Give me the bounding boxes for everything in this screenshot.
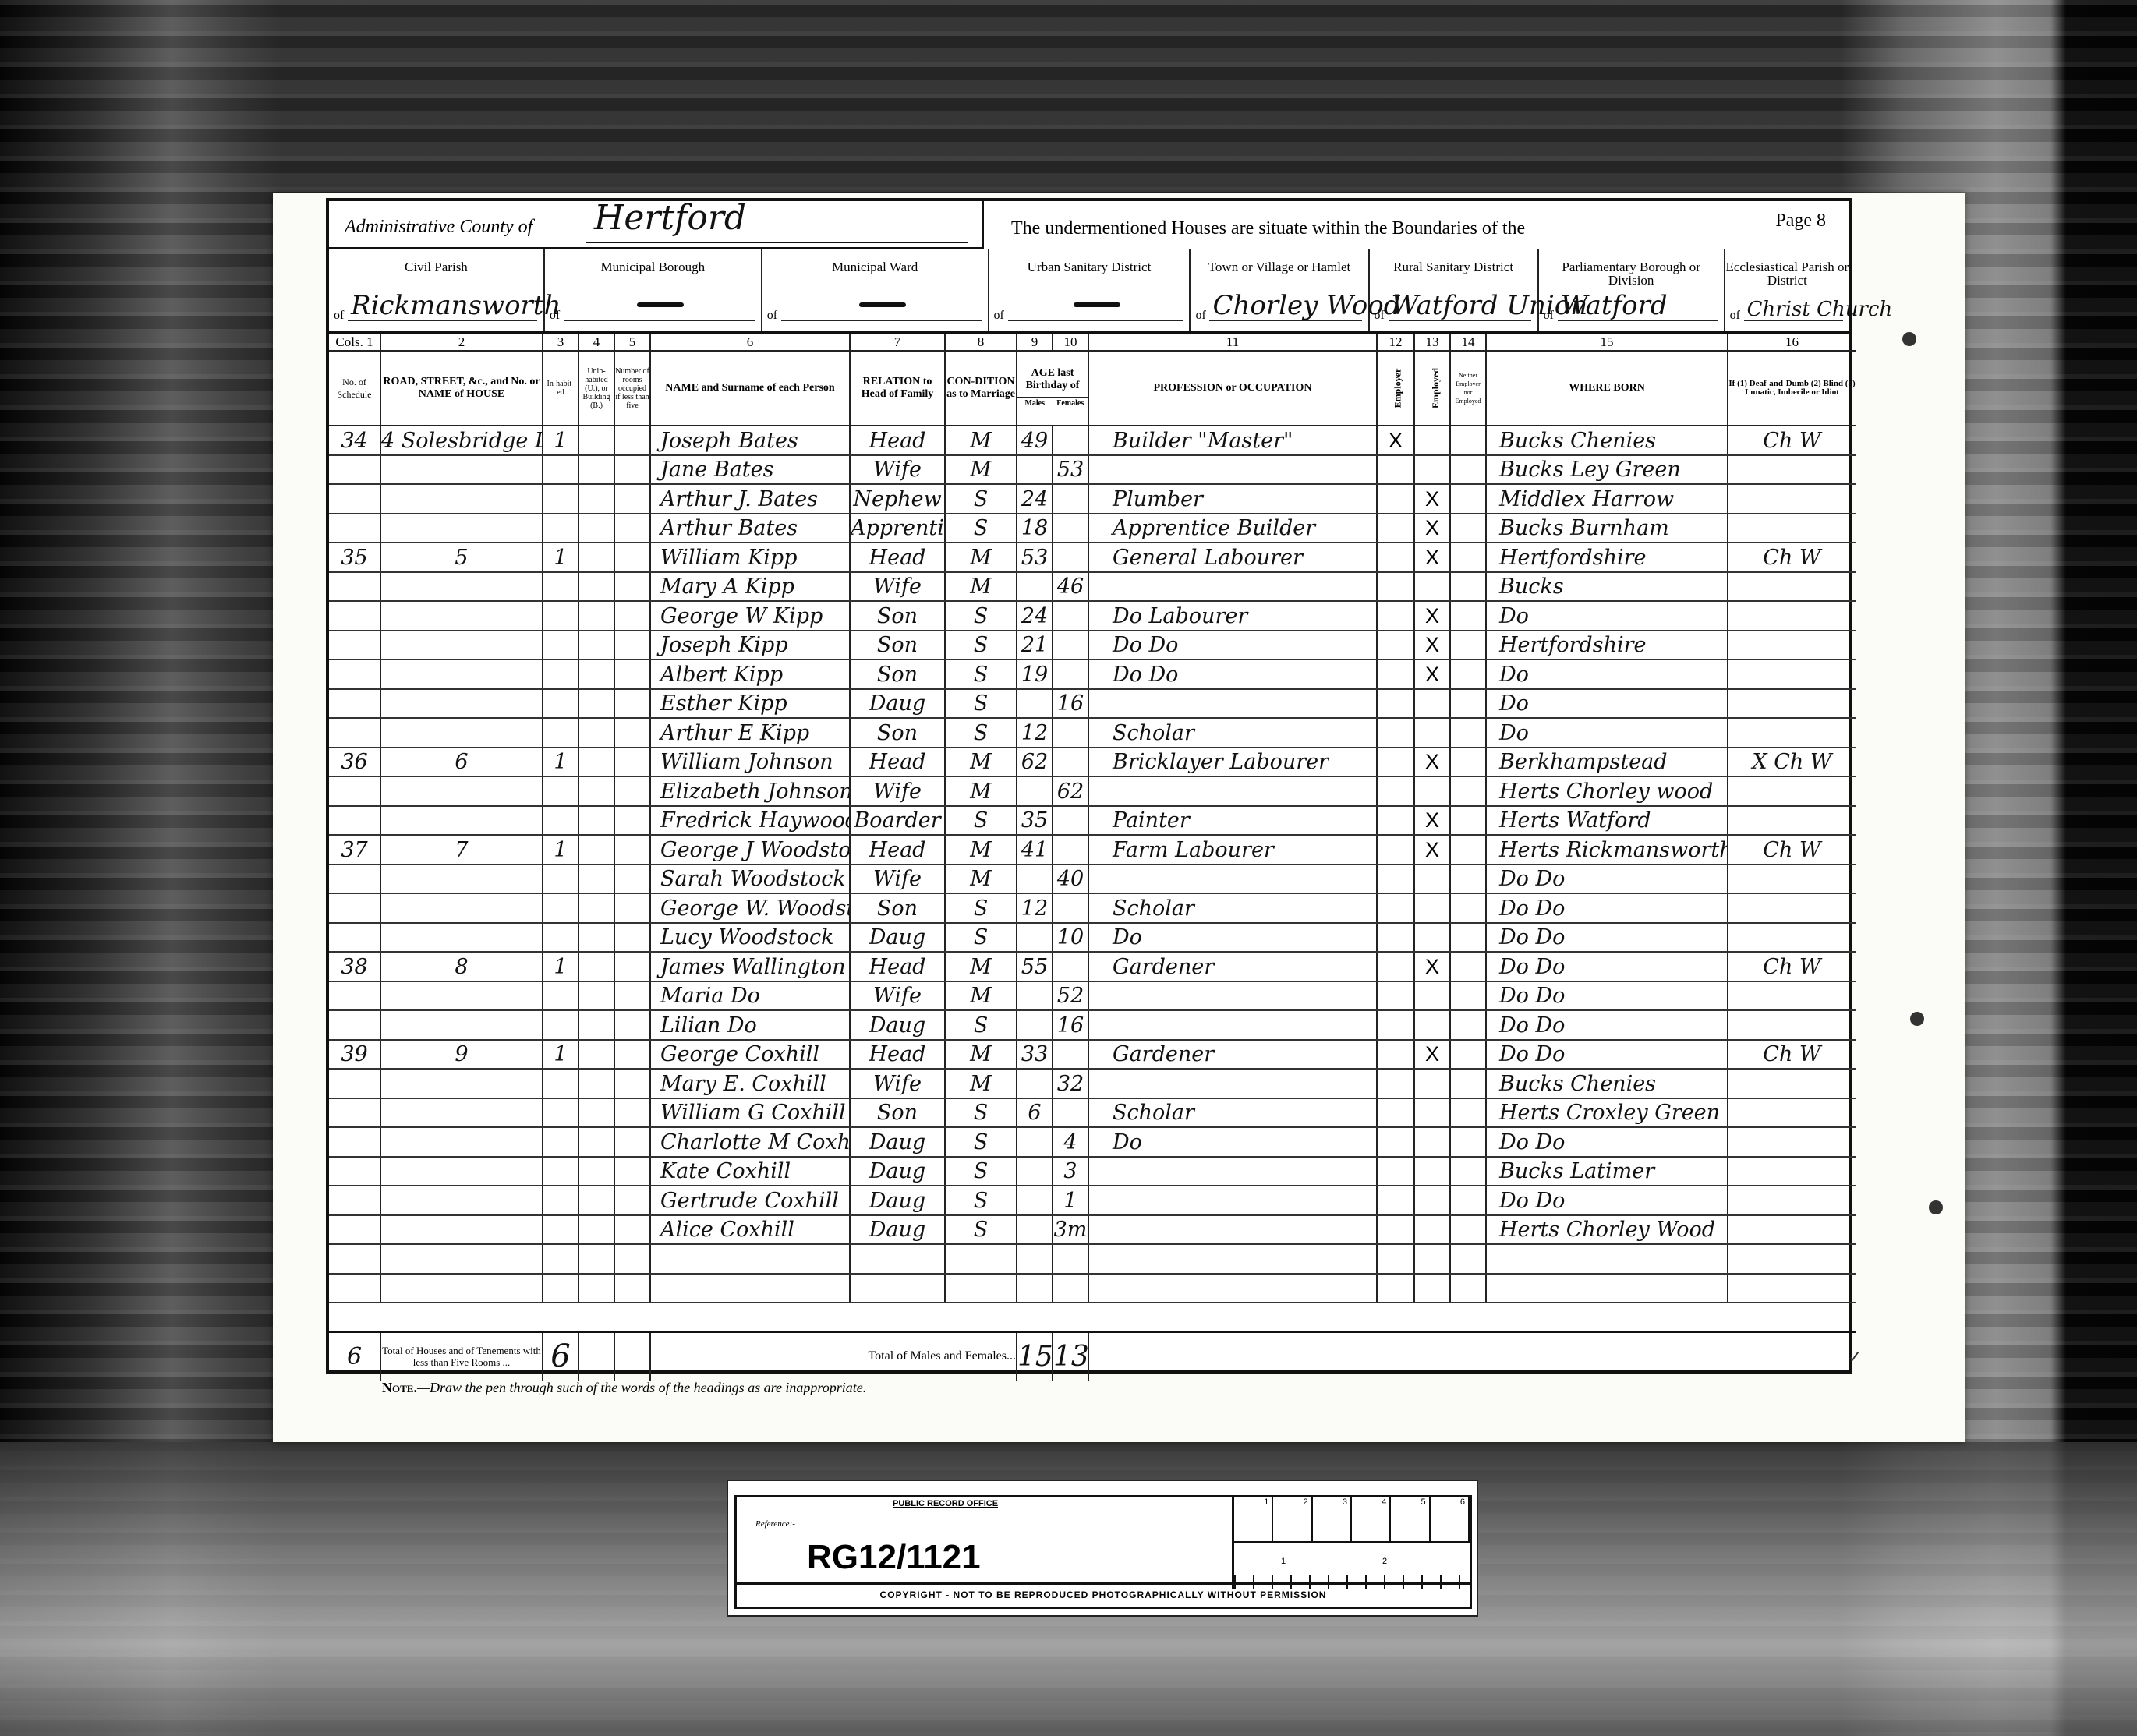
relation: Head — [850, 1040, 945, 1070]
relation: Head — [850, 748, 945, 777]
road-address: 4 Solesbridge Lane — [380, 426, 543, 455]
area-label: Town or Village or Hamlet — [1191, 249, 1367, 274]
uninhabited — [578, 426, 614, 455]
inhabited — [543, 981, 578, 1011]
occupation: Do Labourer — [1088, 601, 1377, 631]
rooms — [614, 1127, 650, 1157]
relation: Wife — [850, 572, 945, 602]
occupation — [1088, 1010, 1377, 1040]
occupation: Bricklayer Labourer — [1088, 748, 1377, 777]
birthplace: Do Do — [1486, 1127, 1728, 1157]
table-row: Arthur J. BatesNephewS24PlumberXMiddlex … — [329, 484, 1856, 514]
total-females: 13 — [1053, 1332, 1088, 1381]
column-number: 6 — [650, 334, 850, 351]
male-age: 19 — [1017, 659, 1053, 689]
condition: M — [945, 748, 1017, 777]
table-row: Kate CoxhillDaugS3Bucks Latimer — [329, 1157, 1856, 1186]
schedule-number — [329, 689, 380, 719]
neither-mark — [1450, 659, 1486, 689]
employer-mark — [1377, 718, 1414, 748]
uninhabited — [578, 1010, 614, 1040]
neither-mark — [1450, 952, 1486, 981]
infirmity-note — [1728, 631, 1856, 660]
person-name: George W Kipp — [650, 601, 850, 631]
uninhabited — [578, 952, 614, 981]
employed-mark — [1414, 1098, 1450, 1128]
male-age: 55 — [1017, 952, 1053, 981]
column-number: 3 — [543, 334, 578, 351]
header-age: AGE last Birthday ofMalesFemales — [1017, 351, 1088, 426]
uninhabited — [578, 1069, 614, 1098]
female-age — [1053, 835, 1088, 864]
admin-county: Administrative County of Hertford — [329, 201, 984, 249]
employer-mark — [1377, 631, 1414, 660]
employer-mark — [1377, 1215, 1414, 1245]
rooms — [614, 893, 650, 923]
infirmity-note — [1728, 484, 1856, 514]
punch-hole — [1929, 1200, 1943, 1214]
employed-mark: X — [1414, 659, 1450, 689]
neither-mark — [1450, 1069, 1486, 1098]
condition: M — [945, 1069, 1017, 1098]
birthplace: Hertfordshire — [1486, 631, 1728, 660]
female-age — [1053, 659, 1088, 689]
neither-mark — [1450, 484, 1486, 514]
person-name: George W. Woodstock — [650, 893, 850, 923]
neither-mark — [1450, 1157, 1486, 1186]
infirmity-note: Ch W — [1728, 543, 1856, 572]
condition: S — [945, 806, 1017, 836]
table-row: Mary A KippWifeM46Bucks — [329, 572, 1856, 602]
condition: S — [945, 601, 1017, 631]
area-rural-sanitary-district: Rural Sanitary DistrictofWatford Union — [1370, 249, 1539, 331]
area-value: Rickmansworth — [351, 290, 561, 321]
occupation: Scholar — [1088, 893, 1377, 923]
condition: S — [945, 1215, 1017, 1245]
road-address — [380, 1098, 543, 1128]
employer-mark — [1377, 923, 1414, 953]
rooms — [614, 923, 650, 953]
employed-mark: X — [1414, 514, 1450, 543]
column-number: 11 — [1088, 334, 1377, 351]
employed-mark — [1414, 1010, 1450, 1040]
employed-mark: X — [1414, 806, 1450, 836]
neither-mark — [1450, 543, 1486, 572]
employed-mark — [1414, 864, 1450, 894]
inhabited — [543, 572, 578, 602]
person-name: Mary A Kipp — [650, 572, 850, 602]
inhabited — [543, 689, 578, 719]
table-row: 344 Solesbridge Lane1Joseph BatesHeadM49… — [329, 426, 1856, 455]
page-number: Page 8 — [1775, 210, 1826, 232]
occupation — [1088, 776, 1377, 806]
infirmity-note — [1728, 864, 1856, 894]
condition: S — [945, 1186, 1017, 1215]
infirmity-note — [1728, 1069, 1856, 1098]
male-age: 49 — [1017, 426, 1053, 455]
copyright-notice: COPYRIGHT - NOT TO BE REPRODUCED PHOTOGR… — [737, 1582, 1470, 1607]
schedule-number — [329, 1127, 380, 1157]
occupation — [1088, 1069, 1377, 1098]
employer-mark — [1377, 689, 1414, 719]
occupation: General Labourer — [1088, 543, 1377, 572]
ruler-mark: 4 — [1352, 1497, 1391, 1541]
total-schedules: 6 — [329, 1332, 380, 1381]
male-age: 62 — [1017, 748, 1053, 777]
schedule-number — [329, 1157, 380, 1186]
schedule-number — [329, 864, 380, 894]
rooms — [614, 1186, 650, 1215]
header-uninhabited: Unin-habited (U.), or Building (B.) — [578, 351, 614, 426]
employed-mark: X — [1414, 1040, 1450, 1070]
uninhabited — [578, 718, 614, 748]
occupation — [1088, 981, 1377, 1011]
neither-mark — [1450, 864, 1486, 894]
rooms — [614, 1069, 650, 1098]
road-address — [380, 601, 543, 631]
employer-mark — [1377, 601, 1414, 631]
area-civil-parish: Civil ParishofRickmansworth — [329, 249, 545, 331]
header-employer-label: Employer — [1391, 368, 1403, 408]
person-name: Kate Coxhill — [650, 1157, 850, 1186]
rooms — [614, 455, 650, 485]
infirmity-note — [1728, 601, 1856, 631]
road-address — [380, 572, 543, 602]
road-address — [380, 455, 543, 485]
neither-mark — [1450, 776, 1486, 806]
infirmity-note — [1728, 1127, 1856, 1157]
inhabited — [543, 659, 578, 689]
condition: S — [945, 1098, 1017, 1128]
occupation — [1088, 455, 1377, 485]
schedule-number — [329, 1186, 380, 1215]
infirmity-note — [1728, 572, 1856, 602]
area-of-label: of — [1730, 309, 1740, 323]
scale-ruler: 123456 12 — [1232, 1497, 1470, 1589]
rooms — [614, 543, 650, 572]
uninhabited — [578, 514, 614, 543]
inhabited — [543, 718, 578, 748]
uninhabited — [578, 923, 614, 953]
ruler-mark: 3 — [1313, 1497, 1352, 1541]
column-number: 4 — [578, 334, 614, 351]
birthplace: Herts Chorley Wood — [1486, 1215, 1728, 1245]
birthplace: Do Do — [1486, 952, 1728, 981]
occupation: Gardener — [1088, 1040, 1377, 1070]
area-label: Municipal Ward — [762, 249, 988, 274]
schedule-number — [329, 1098, 380, 1128]
area-label: Municipal Borough — [545, 249, 761, 274]
area-label: Parliamentary Borough or Division — [1539, 249, 1724, 287]
ruler-mark: 2 — [1273, 1497, 1312, 1541]
male-age — [1017, 1010, 1053, 1040]
inhabited — [543, 1127, 578, 1157]
road-address — [380, 659, 543, 689]
rooms — [614, 952, 650, 981]
admin-county-underline — [586, 242, 968, 243]
female-age — [1053, 1098, 1088, 1128]
inhabited — [543, 1215, 578, 1245]
table-row: George W KippSonS24Do LabourerXDo — [329, 601, 1856, 631]
column-number: 16 — [1728, 334, 1856, 351]
census-table: Cols. 12345678910111213141516 No. of Sch… — [329, 334, 1856, 1381]
infirmity-note — [1728, 776, 1856, 806]
ruler-mark: 2 — [1382, 1557, 1387, 1566]
male-age: 12 — [1017, 718, 1053, 748]
birthplace: Herts Watford — [1486, 806, 1728, 836]
table-row: Maria DoWifeM52Do Do — [329, 981, 1856, 1011]
road-address: 7 — [380, 835, 543, 864]
schedule-number — [329, 806, 380, 836]
area-boundaries: Civil ParishofRickmansworthMunicipal Bor… — [329, 249, 1849, 334]
table-row: Gertrude CoxhillDaugS1Do Do — [329, 1186, 1856, 1215]
inhabited — [543, 455, 578, 485]
table-row: 3661William JohnsonHeadM62Bricklayer Lab… — [329, 748, 1856, 777]
uninhabited — [578, 835, 614, 864]
ruler-mark: 1 — [1234, 1497, 1273, 1541]
occupation — [1088, 1215, 1377, 1245]
area-label: Ecclesiastical Parish or District — [1725, 249, 1849, 287]
rooms — [614, 806, 650, 836]
schedule-number — [329, 718, 380, 748]
person-name: Esther Kipp — [650, 689, 850, 719]
neither-mark — [1450, 835, 1486, 864]
infirmity-note: Ch W — [1728, 952, 1856, 981]
birthplace: Bucks Ley Green — [1486, 455, 1728, 485]
employed-mark — [1414, 426, 1450, 455]
infirmity-note — [1728, 1098, 1856, 1128]
area-of-label: of — [1195, 309, 1205, 323]
female-age: 40 — [1053, 864, 1088, 894]
person-name: George J Woodstock — [650, 835, 850, 864]
inhabited — [543, 1010, 578, 1040]
employer-mark — [1377, 864, 1414, 894]
road-address — [380, 631, 543, 660]
header-females: Females — [1053, 398, 1088, 410]
uninhabited — [578, 484, 614, 514]
area-underline — [1008, 320, 1183, 321]
male-age — [1017, 689, 1053, 719]
condition: S — [945, 923, 1017, 953]
occupation: Do — [1088, 1127, 1377, 1157]
birthplace: Do Do — [1486, 864, 1728, 894]
uninhabited — [578, 1157, 614, 1186]
admin-county-label: Administrative County of — [345, 217, 532, 237]
person-name: Joseph Bates — [650, 426, 850, 455]
relation: Wife — [850, 776, 945, 806]
schedule-number — [329, 1215, 380, 1245]
inhabited: 1 — [543, 1040, 578, 1070]
header-born: WHERE BORN — [1486, 351, 1728, 426]
male-age — [1017, 455, 1053, 485]
rooms — [614, 1215, 650, 1245]
road-address: 6 — [380, 748, 543, 777]
person-name: William Johnson — [650, 748, 850, 777]
road-address — [380, 484, 543, 514]
column-number: 13 — [1414, 334, 1450, 351]
condition: S — [945, 484, 1017, 514]
column-numbers: Cols. 12345678910111213141516 — [329, 334, 1856, 351]
header-schedule: No. of Schedule — [329, 351, 380, 426]
area-value: Christ Church — [1747, 298, 1893, 321]
header-condition: CON-DITION as to Marriage — [945, 351, 1017, 426]
condition: S — [945, 1010, 1017, 1040]
relation: Nephew — [850, 484, 945, 514]
infirmity-note: Ch W — [1728, 426, 1856, 455]
birthplace: Do — [1486, 601, 1728, 631]
table-row: Arthur E KippSonS12ScholarDo — [329, 718, 1856, 748]
inhabited — [543, 484, 578, 514]
area-value: Watford — [1561, 290, 1668, 321]
neither-mark — [1450, 426, 1486, 455]
column-number: 14 — [1450, 334, 1486, 351]
neither-mark — [1450, 893, 1486, 923]
person-name: Mary E. Coxhill — [650, 1069, 850, 1098]
schedule-number — [329, 631, 380, 660]
inhabited — [543, 514, 578, 543]
employed-mark: X — [1414, 543, 1450, 572]
male-age: 21 — [1017, 631, 1053, 660]
total-persons-label: Total of Males and Females... — [650, 1332, 1017, 1381]
female-age — [1053, 484, 1088, 514]
male-age — [1017, 1186, 1053, 1215]
header-employed: Employed — [1414, 351, 1450, 426]
employed-mark: X — [1414, 835, 1450, 864]
area-underline — [564, 320, 755, 321]
uninhabited — [578, 1186, 614, 1215]
infirmity-note: Ch W — [1728, 835, 1856, 864]
employer-mark — [1377, 1127, 1414, 1157]
census-form: Administrative County of Hertford The un… — [326, 198, 1852, 1374]
header-name: NAME and Surname of each Person — [650, 351, 850, 426]
admin-county-value: Hertford — [594, 198, 746, 238]
table-row: Sarah WoodstockWifeM40Do Do — [329, 864, 1856, 894]
male-age — [1017, 1127, 1053, 1157]
female-age — [1053, 426, 1088, 455]
header-neither: Neither Employer nor Employed — [1450, 351, 1486, 426]
person-name: Sarah Woodstock — [650, 864, 850, 894]
inhabited — [543, 1098, 578, 1128]
condition: S — [945, 1157, 1017, 1186]
rooms — [614, 1157, 650, 1186]
road-address: 9 — [380, 1040, 543, 1070]
employed-mark — [1414, 981, 1450, 1011]
relation: Wife — [850, 1069, 945, 1098]
occupation: Plumber — [1088, 484, 1377, 514]
inhabited: 1 — [543, 543, 578, 572]
person-name: Alice Coxhill — [650, 1215, 850, 1245]
birthplace: Bucks Burnham — [1486, 514, 1728, 543]
rooms — [614, 748, 650, 777]
female-age — [1053, 893, 1088, 923]
road-address: 5 — [380, 543, 543, 572]
record-office-label: PUBLIC RECORD OFFICE — [893, 1499, 998, 1508]
inhabited — [543, 806, 578, 836]
occupation: Do — [1088, 923, 1377, 953]
column-number: 12 — [1377, 334, 1414, 351]
male-age: 41 — [1017, 835, 1053, 864]
table-row: Mary E. CoxhillWifeM32Bucks Chenies — [329, 1069, 1856, 1098]
infirmity-note: X Ch W — [1728, 748, 1856, 777]
employer-mark — [1377, 748, 1414, 777]
employer-mark — [1377, 572, 1414, 602]
relation: Son — [850, 1098, 945, 1128]
uninhabited — [578, 748, 614, 777]
infirmity-note — [1728, 659, 1856, 689]
column-number: 7 — [850, 334, 945, 351]
rooms — [614, 864, 650, 894]
uninhabited — [578, 601, 614, 631]
occupation — [1088, 864, 1377, 894]
occupation: Painter — [1088, 806, 1377, 836]
neither-mark — [1450, 1040, 1486, 1070]
table-row: Albert KippSonS19Do DoXDo — [329, 659, 1856, 689]
female-age: 3m — [1053, 1215, 1088, 1245]
area-municipal-ward: Municipal Wardof — [762, 249, 989, 331]
relation: Daug — [850, 923, 945, 953]
road-address: 8 — [380, 952, 543, 981]
infirmity-note — [1728, 514, 1856, 543]
female-age — [1053, 631, 1088, 660]
employed-mark — [1414, 1157, 1450, 1186]
condition: S — [945, 631, 1017, 660]
relation: Apprentice — [850, 514, 945, 543]
employed-mark — [1414, 1215, 1450, 1245]
female-age: 4 — [1053, 1127, 1088, 1157]
employer-mark — [1377, 514, 1414, 543]
birthplace: Do — [1486, 689, 1728, 719]
area-label: Civil Parish — [329, 249, 543, 274]
occupation: Do Do — [1088, 659, 1377, 689]
male-age: 6 — [1017, 1098, 1053, 1128]
infirmity-note — [1728, 718, 1856, 748]
employer-mark: X — [1377, 426, 1414, 455]
neither-mark — [1450, 572, 1486, 602]
relation: Head — [850, 952, 945, 981]
inhabited — [543, 923, 578, 953]
birthplace: Do — [1486, 659, 1728, 689]
relation: Daug — [850, 1127, 945, 1157]
birthplace: Do Do — [1486, 923, 1728, 953]
column-number: 10 — [1053, 334, 1088, 351]
relation: Head — [850, 543, 945, 572]
header-rooms: Number of rooms occupied if less than fi… — [614, 351, 650, 426]
person-name: Joseph Kipp — [650, 631, 850, 660]
inhabited — [543, 1186, 578, 1215]
totals-row: 6 Total of Houses and of Tenements with … — [329, 1332, 1856, 1381]
column-number: 2 — [380, 334, 543, 351]
person-name: Charlotte M Coxhill — [650, 1127, 850, 1157]
table-row: Esther KippDaugS16Do — [329, 689, 1856, 719]
table-row: Lilian DoDaugS16Do Do — [329, 1010, 1856, 1040]
employed-mark: X — [1414, 952, 1450, 981]
employer-mark — [1377, 1098, 1414, 1128]
header-employed-label: Employed — [1429, 367, 1442, 408]
form-title: The undermentioned Houses are situate wi… — [1011, 218, 1525, 239]
female-age: 46 — [1053, 572, 1088, 602]
birthplace: Bucks Chenies — [1486, 426, 1728, 455]
punch-hole — [1902, 332, 1916, 346]
area-label: Urban Sanitary District — [989, 249, 1190, 274]
person-name: Elizabeth Johnson — [650, 776, 850, 806]
schedule-number — [329, 893, 380, 923]
person-name: Maria Do — [650, 981, 850, 1011]
condition: S — [945, 893, 1017, 923]
relation: Daug — [850, 1010, 945, 1040]
schedule-number — [329, 776, 380, 806]
employer-mark — [1377, 952, 1414, 981]
relation: Son — [850, 659, 945, 689]
